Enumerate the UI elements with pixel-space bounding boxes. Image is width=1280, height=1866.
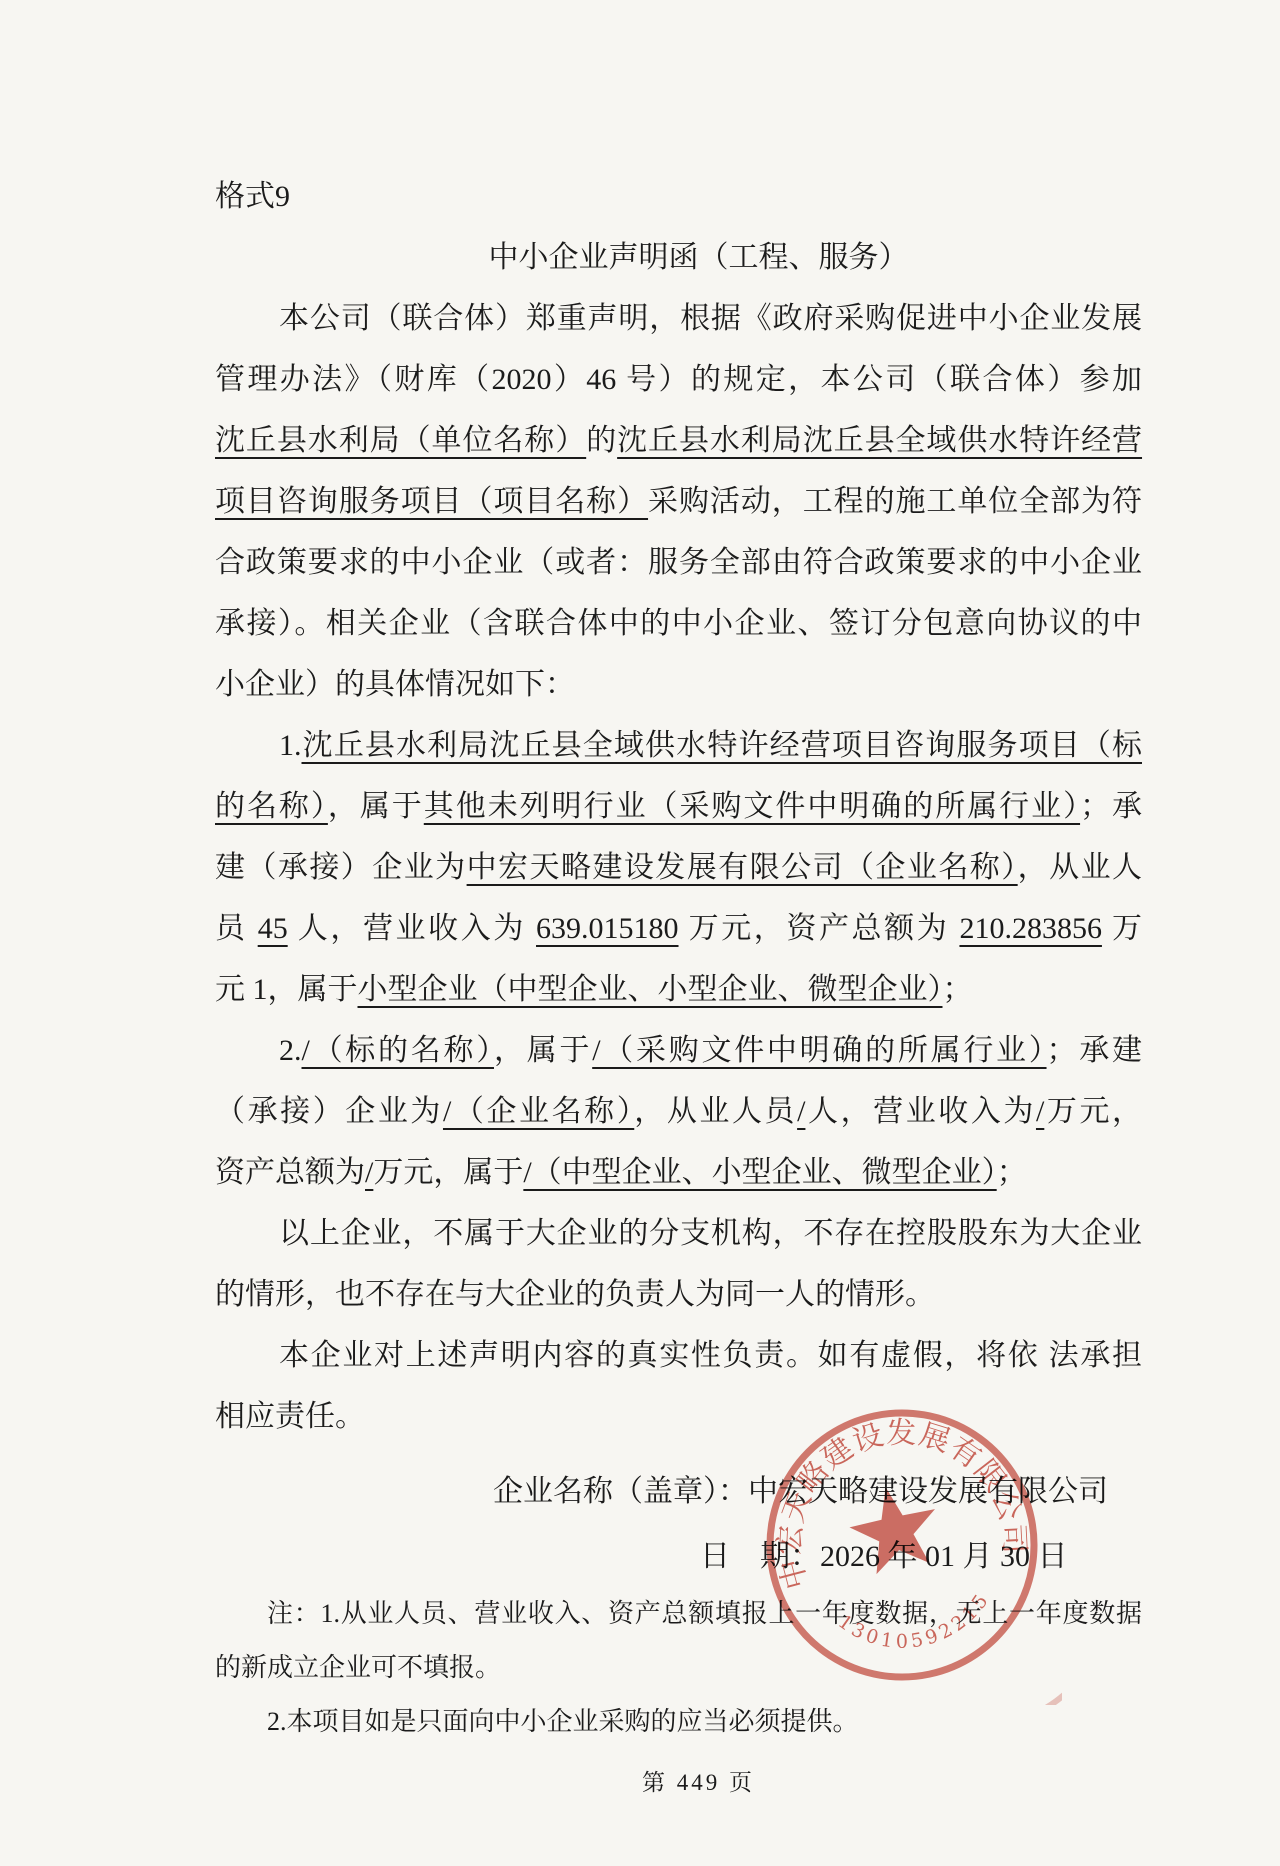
body-text-line: 2./（标的名称），属于/（采购文件中明确的所属行业）；承建 (215, 1020, 1142, 1081)
text-segment: 管理办法》（财库（2020）46 号）的规定，本公司（联合体）参加 (215, 363, 1142, 396)
scanned-document-page: 格式9中小企业声明函（工程、服务）本公司（联合体）郑重声明，根据《政府采购促进中… (0, 0, 1280, 1866)
format-label: 格式9 (215, 166, 1142, 227)
body-text-line: 相应责任。 (215, 1386, 1142, 1447)
body-text-line: 元 1，属于小型企业（中型企业、小型企业、微型企业）； (215, 959, 1142, 1020)
text-segment: ； (943, 973, 973, 1006)
underlined-fill-in-text: 中宏天略建设发展有限公司（企业名称） (467, 851, 1018, 884)
note-line: 的新成立企业可不填报。 (215, 1641, 1142, 1695)
underlined-fill-in-text: 沈丘县水利局沈丘县全域供水特许经营项目咨询服务项目（标 (302, 729, 1143, 762)
underlined-fill-in-text: 的名称） (215, 790, 328, 823)
text-segment: ，属于 (328, 790, 424, 823)
underlined-fill-in-text: 项目咨询服务项目（项目名称） (215, 485, 648, 518)
underlined-fill-in-text: /（企业名称） (443, 1095, 634, 1128)
text-segment: 小企业）的具体情况如下： (215, 668, 575, 701)
body-text-line: 员 45 人，营业收入为 639.015180 万元，资产总额为 210.283… (215, 898, 1142, 959)
body-text-line: （承接）企业为/（企业名称），从业人员/人，营业收入为/万元， (215, 1081, 1142, 1142)
text-segment: 万 (1102, 912, 1142, 945)
text-segment: 2. (279, 1034, 302, 1067)
signature-line: 企业名称（盖章）：中宏天略建设发展有限公司 (215, 1461, 1142, 1522)
body-text-line: 合政策要求的中小企业（或者：服务全部由符合政策要求的中小企业 (215, 532, 1142, 593)
underlined-fill-in-text: 沈丘县水利局沈丘县全域供水特许经营 (617, 424, 1142, 457)
body-text-line: 项目咨询服务项目（项目名称）采购活动，工程的施工单位全部为符 (215, 471, 1142, 532)
underlined-fill-in-text: 210.283856 (959, 912, 1102, 945)
text-segment: 中小企业声明函（工程、服务） (489, 241, 909, 274)
document-body: 格式9中小企业声明函（工程、服务）本公司（联合体）郑重声明，根据《政府采购促进中… (215, 166, 1142, 1805)
text-segment: 格式9 (215, 180, 290, 213)
text-segment: 1. (279, 729, 302, 762)
text-segment: 日 期：2026 年 01 月 30 日 (700, 1540, 1068, 1573)
page-number-footer: 第 449 页 (215, 1761, 1142, 1805)
text-segment: （承接）企业为 (215, 1095, 443, 1128)
body-text-line: 管理办法》（财库（2020）46 号）的规定，本公司（联合体）参加 (215, 349, 1142, 410)
text-segment: 本公司（联合体）郑重声明，根据《政府采购促进中小企业发展 (279, 302, 1142, 335)
text-segment: ；承建 (1047, 1034, 1142, 1067)
body-text-line: 1.沈丘县水利局沈丘县全域供水特许经营项目咨询服务项目（标 (215, 715, 1142, 776)
body-text-line: 本公司（联合体）郑重声明，根据《政府采购促进中小企业发展 (215, 288, 1142, 349)
text-segment: 合政策要求的中小企业（或者：服务全部由符合政策要求的中小企业 (215, 546, 1142, 579)
text-segment: 本企业对上述声明内容的真实性负责。如有虚假，将依 法承担 (279, 1339, 1142, 1372)
underlined-fill-in-text: 沈丘县水利局（单位名称） (215, 424, 586, 457)
text-segment: 万元，属于 (373, 1156, 523, 1189)
date-line: 日 期：2026 年 01 月 30 日 (215, 1526, 1142, 1587)
text-segment: 承接）。相关企业（含联合体中的中小企业、签订分包意向协议的中 (215, 607, 1142, 640)
underlined-fill-in-text: /（中型企业、小型企业、微型企业） (523, 1156, 996, 1189)
text-segment: 2.本项目如是只面向中小企业采购的应当必须提供。 (267, 1707, 859, 1736)
body-text-line: 承接）。相关企业（含联合体中的中小企业、签订分包意向协议的中 (215, 593, 1142, 654)
underlined-fill-in-text: 其他未列明行业（采购文件中明确的所属行业） (424, 790, 1080, 823)
body-text-line: 沈丘县水利局（单位名称）的沈丘县水利局沈丘县全域供水特许经营 (215, 410, 1142, 471)
text-segment: 建（承接）企业为 (215, 851, 467, 884)
note-line: 注：1.从业人员、营业收入、资产总额填报上一年度数据，无上一年度数据 (215, 1587, 1142, 1641)
text-segment: 的 (586, 424, 617, 457)
doc-title: 中小企业声明函（工程、服务） (215, 227, 1142, 288)
body-text-line: 小企业）的具体情况如下： (215, 654, 1142, 715)
body-text-line: 本企业对上述声明内容的真实性负责。如有虚假，将依 法承担 (215, 1325, 1142, 1386)
note-line: 2.本项目如是只面向中小企业采购的应当必须提供。 (215, 1695, 1142, 1749)
text-segment: ，从业人员 (634, 1095, 797, 1128)
text-segment: 第 449 页 (642, 1770, 755, 1795)
body-text-line: 的名称），属于其他未列明行业（采购文件中明确的所属行业）；承 (215, 776, 1142, 837)
text-segment: 企业名称（盖章）：中宏天略建设发展有限公司 (493, 1475, 1108, 1508)
text-segment: 采购活动，工程的施工单位全部为符 (648, 485, 1142, 518)
text-segment: 的情形，也不存在与大企业的负责人为同一人的情形。 (215, 1278, 935, 1311)
text-segment: 人，营业收入为 (805, 1095, 1036, 1128)
text-segment: 注：1.从业人员、营业收入、资产总额填报上一年度数据，无上一年度数据 (267, 1599, 1142, 1628)
text-segment: ，从业人 (1018, 851, 1142, 884)
text-segment: 员 (215, 912, 258, 945)
underlined-fill-in-text: /（标的名称） (302, 1034, 494, 1067)
text-segment: ； (997, 1156, 1027, 1189)
text-segment: ，属于 (494, 1034, 592, 1067)
text-segment: 资产总额为 (215, 1156, 365, 1189)
body-text-line: 建（承接）企业为中宏天略建设发展有限公司（企业名称），从业人 (215, 837, 1142, 898)
body-text-line: 的情形，也不存在与大企业的负责人为同一人的情形。 (215, 1264, 1142, 1325)
underlined-fill-in-text: 小型企业（中型企业、小型企业、微型企业） (358, 973, 943, 1006)
underlined-fill-in-text: /（采购文件中明确的所属行业） (592, 1034, 1046, 1067)
underlined-fill-in-text: 45 (258, 912, 288, 945)
text-segment: 万元，资产总额为 (679, 912, 960, 945)
text-segment: 的新成立企业可不填报。 (215, 1653, 501, 1682)
text-segment: 以上企业，不属于大企业的分支机构，不存在控股股东为大企业 (279, 1217, 1142, 1250)
text-segment: 人，营业收入为 (288, 912, 536, 945)
body-text-line: 以上企业，不属于大企业的分支机构，不存在控股股东为大企业 (215, 1203, 1142, 1264)
underlined-fill-in-text: 639.015180 (536, 912, 679, 945)
text-segment: 元 1，属于 (215, 973, 358, 1006)
body-text-line: 资产总额为/万元，属于/（中型企业、小型企业、微型企业）； (215, 1142, 1142, 1203)
text-segment: 万元， (1044, 1095, 1142, 1128)
text-segment: 相应责任。 (215, 1400, 365, 1433)
text-segment: ；承 (1080, 790, 1142, 823)
